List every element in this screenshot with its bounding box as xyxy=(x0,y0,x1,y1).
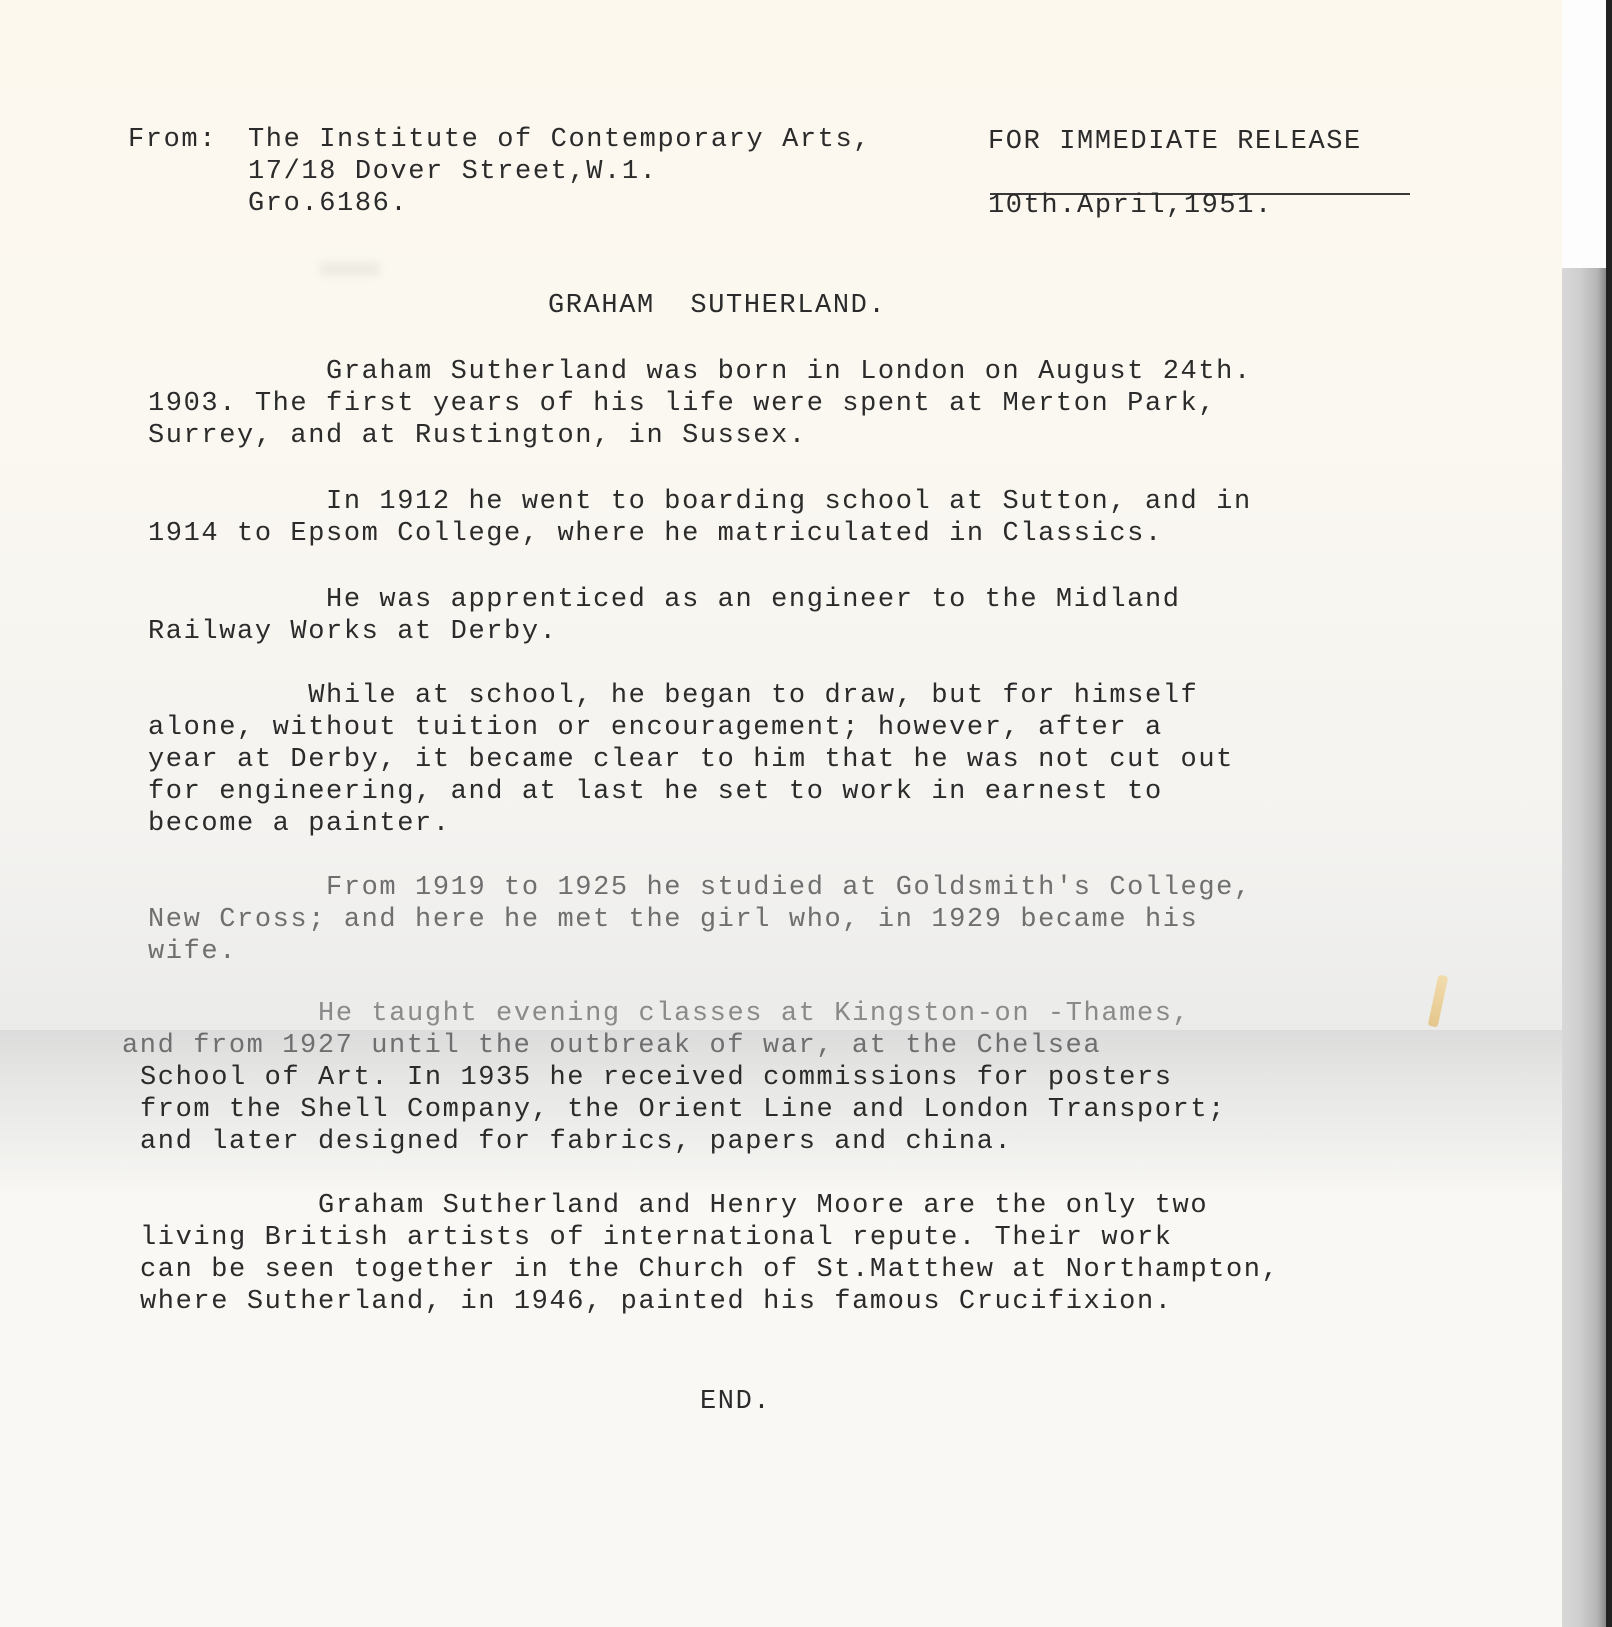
paragraph-line: year at Derby, it became clear to him th… xyxy=(148,744,1234,776)
release-date: 10th.April,1951. xyxy=(988,190,1273,222)
scanner-edge xyxy=(1606,0,1612,1627)
paragraph-line: Graham Sutherland and Henry Moore are th… xyxy=(140,1190,1208,1222)
sender-phone: Gro.6186. xyxy=(248,188,408,220)
paragraph-line: alone, without tuition or encouragement;… xyxy=(148,712,1163,744)
paragraph-line: become a painter. xyxy=(148,808,451,840)
paragraph-line: Graham Sutherland was born in London on … xyxy=(148,356,1252,388)
paragraph-line: While at school, he began to draw, but f… xyxy=(148,680,1198,712)
paragraph-line: School of Art. In 1935 he received commi… xyxy=(140,1062,1173,1094)
paragraph-line: can be seen together in the Church of St… xyxy=(140,1254,1279,1286)
paragraph-line: for engineering, and at last he set to w… xyxy=(148,776,1163,808)
paragraph-line: 1903. The first years of his life were s… xyxy=(148,388,1216,420)
paragraph-line: He taught evening classes at Kingston-on… xyxy=(140,998,1190,1030)
document-title: GRAHAM SUTHERLAND. xyxy=(548,290,886,322)
paragraph-line: New Cross; and here he met the girl who,… xyxy=(148,904,1198,936)
paragraph-line: where Sutherland, in 1946, painted his f… xyxy=(140,1286,1173,1318)
closing-end: END. xyxy=(700,1386,771,1418)
paragraph-line: 1914 to Epsom College, where he matricul… xyxy=(148,518,1163,550)
release-label: FOR IMMEDIATE RELEASE xyxy=(988,126,1362,158)
sender-name: The Institute of Contemporary Arts, xyxy=(248,124,871,156)
paragraph-line: wife. xyxy=(148,936,237,968)
paragraph-line: In 1912 he went to boarding school at Su… xyxy=(148,486,1252,518)
paragraph-line: From 1919 to 1925 he studied at Goldsmit… xyxy=(148,872,1252,904)
paragraph-line: living British artists of international … xyxy=(140,1222,1173,1254)
paragraph-line: Surrey, and at Rustington, in Sussex. xyxy=(148,420,807,452)
paragraph-line: and from 1927 until the outbreak of war,… xyxy=(122,1030,1101,1062)
paper-smudge xyxy=(320,262,380,276)
paragraph-line: from the Shell Company, the Orient Line … xyxy=(140,1094,1226,1126)
from-label: From: xyxy=(128,124,217,156)
scanner-shadow xyxy=(1562,268,1606,1627)
paragraph-line: Railway Works at Derby. xyxy=(148,616,557,648)
paragraph-line: He was apprenticed as an engineer to the… xyxy=(148,584,1181,616)
press-release-page: From: The Institute of Contemporary Arts… xyxy=(0,0,1562,1627)
paragraph-line: and later designed for fabrics, papers a… xyxy=(140,1126,1012,1158)
sender-address: 17/18 Dover Street,W.1. xyxy=(248,156,657,188)
